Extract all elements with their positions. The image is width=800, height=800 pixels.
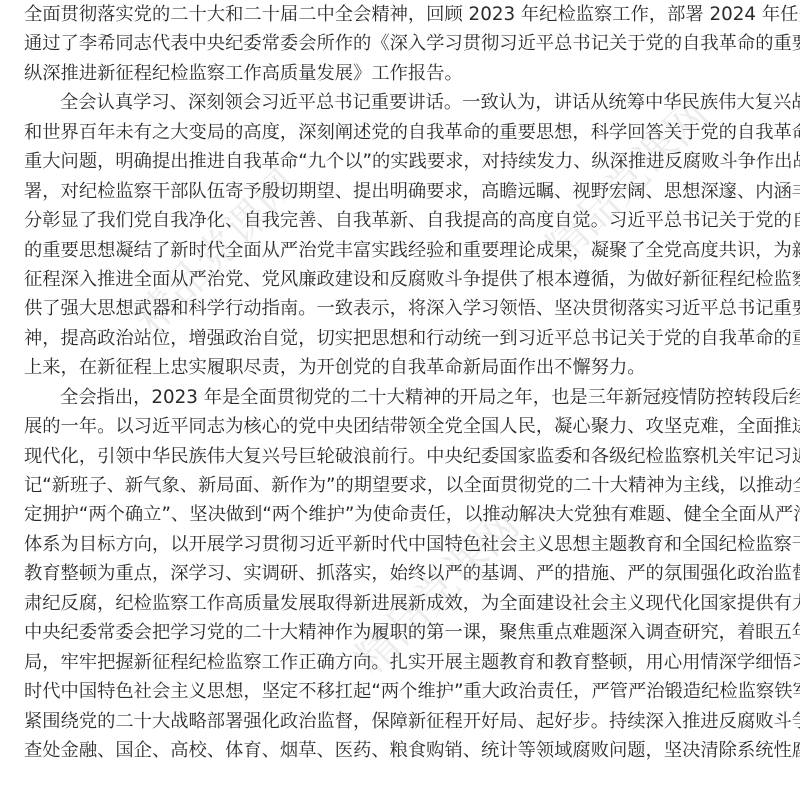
text-line: 和世界百年未有之大变局的高度，深刻阐述党的自我革命的重要思想，科学回答关于党的自… xyxy=(24,118,772,147)
text-line: 的重要思想凝结了新时代全面从严治党丰富实践经验和重要理论成果，凝聚了全党高度共识… xyxy=(24,236,772,265)
text-line: 征程深入推进全面从严治党、党风廉政建设和反腐败斗争提供了根本遵循，为做好新征程纪… xyxy=(24,265,772,294)
text-line: 上来，在新征程上忠实履职尽责，为开创党的自我革命新局面作出不懈努力。 xyxy=(24,353,772,382)
text-line: 定拥护“两个确立”、坚决做到“两个维护”为使命责任，以推动解决大党独有难题、健全… xyxy=(24,500,772,529)
text-line: 记“新班子、新气象、新局面、新作为”的期望要求，以全面贯彻党的二十大精神为主线，… xyxy=(24,471,772,500)
text-line: 供了强大思想武器和科学行动指南。一致表示，将深入学习领悟、坚决贯彻落实习近平总书… xyxy=(24,294,772,323)
text-line: 教育整顿为重点，深学习、实调研、抓落实，始终以严的基调、严的措施、严的氛围强化政… xyxy=(24,559,772,588)
text-line: 肃纪反腐，纪检监察工作高质量发展取得新进展新成效，为全面建设社会主义现代化国家提… xyxy=(24,589,772,618)
text-line: 展的一年。以习近平同志为核心的党中央团结带领全党全国人民，凝心聚力、攻坚克难，全… xyxy=(24,412,772,441)
text-line: 全会认真学习、深刻领会习近平总书记重要讲话。一致认为，讲话从统筹中华民族伟大复兴… xyxy=(24,88,772,117)
text-line: 分彰显了我们党自我净化、自我完善、自我革新、自我提高的高度自觉。习近平总书记关于… xyxy=(24,206,772,235)
text-line: 时代中国特色社会主义思想，坚定不移扛起“两个维护”重大政治责任，严管严治锻造纪检… xyxy=(24,677,772,706)
text-line: 全面贯彻落实党的二十大和二十届二中全会精神，回顾 2023 年纪检监察工作，部署… xyxy=(24,0,772,29)
text-line: 体系为目标方向，以开展学习贯彻习近平新时代中国特色社会主义思想主题教育和全国纪检… xyxy=(24,530,772,559)
text-line: 全会指出，2023 年是全面贯彻党的二十大精神的开局之年，也是三年新冠疫情防控转… xyxy=(24,383,772,412)
text-line: 署，对纪检监察干部队伍寄予殷切期望、提出明确要求，高瞻远瞩、视野宏阔、思想深邃、… xyxy=(24,177,772,206)
text-line: 通过了李希同志代表中央纪委常委会所作的《深入学习贯彻习近平总书记关于党的自我革命… xyxy=(24,29,772,58)
text-line: 纵深推进新征程纪检监察工作高质量发展》工作报告。 xyxy=(24,59,772,88)
text-line: 重大问题，明确提出推进自我革命“九个以”的实践要求，对持续发力、纵深推进反腐败斗… xyxy=(24,147,772,176)
text-line: 现代化，引领中华民族伟大复兴号巨轮破浪前行。中央纪委国家监委和各级纪检监察机关牢… xyxy=(24,442,772,471)
document-body: 全面贯彻落实党的二十大和二十届二中全会精神，回顾 2023 年纪检监察工作，部署… xyxy=(24,0,772,765)
text-line: 神，提高政治站位，增强政治自觉，切实把思想和行动统一到习近平总书记关于党的自我革… xyxy=(24,324,772,353)
text-line: 查处金融、国企、高校、体育、烟草、医药、粮食购销、统计等领域腐败问题，坚决清除系… xyxy=(24,736,772,765)
text-line: 局，牢牢把握新征程纪检监察工作正确方向。扎实开展主题教育和教育整顿，用心用情深学… xyxy=(24,648,772,677)
text-line: 中央纪委常委会把学习党的二十大精神作为履职的第一课，聚焦重点难题深入调查研究，着… xyxy=(24,618,772,647)
text-line: 紧围绕党的二十大战略部署强化政治监督，保障新征程开好局、起好步。持续深入推进反腐… xyxy=(24,707,772,736)
